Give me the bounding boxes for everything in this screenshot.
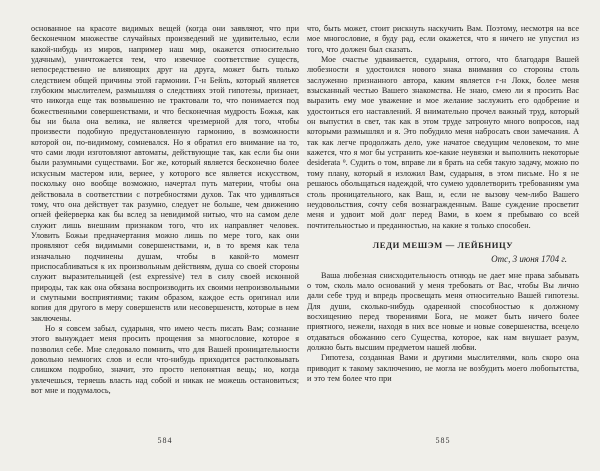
right-page-paragraph: Мое счастье удваивается, сударыня, оттог… [307,55,579,231]
letter-heading: ЛЕДИ МЕШЭМ — ЛЕЙБНИЦУ [307,240,579,250]
right-page-paragraph-continuation: что, быть может, стоит рискнуть наскучит… [307,24,579,55]
book-spread-scan: основанное на красоте видимых вещей (ког… [0,0,600,471]
page-number-right: 585 [307,436,579,445]
letter-dateline: Отс, 3 июня 1704 г. [307,254,579,264]
left-page-paragraph: Но я совсем забыл, сударыня, что имею че… [31,324,299,396]
right-page-text-block: что, быть может, стоит рискнуть наскучит… [307,24,579,384]
right-page-paragraph: Гипотеза, созданная Вами и другими мысли… [307,353,579,384]
page-number-left: 584 [31,436,299,445]
right-page-paragraph: Ваша любезная снисходительность отнюдь н… [307,271,579,354]
left-page-paragraph-continuation: основанное на красоте видимых вещей (ког… [31,24,299,324]
left-page-text-block: основанное на красоте видимых вещей (ког… [31,24,299,396]
